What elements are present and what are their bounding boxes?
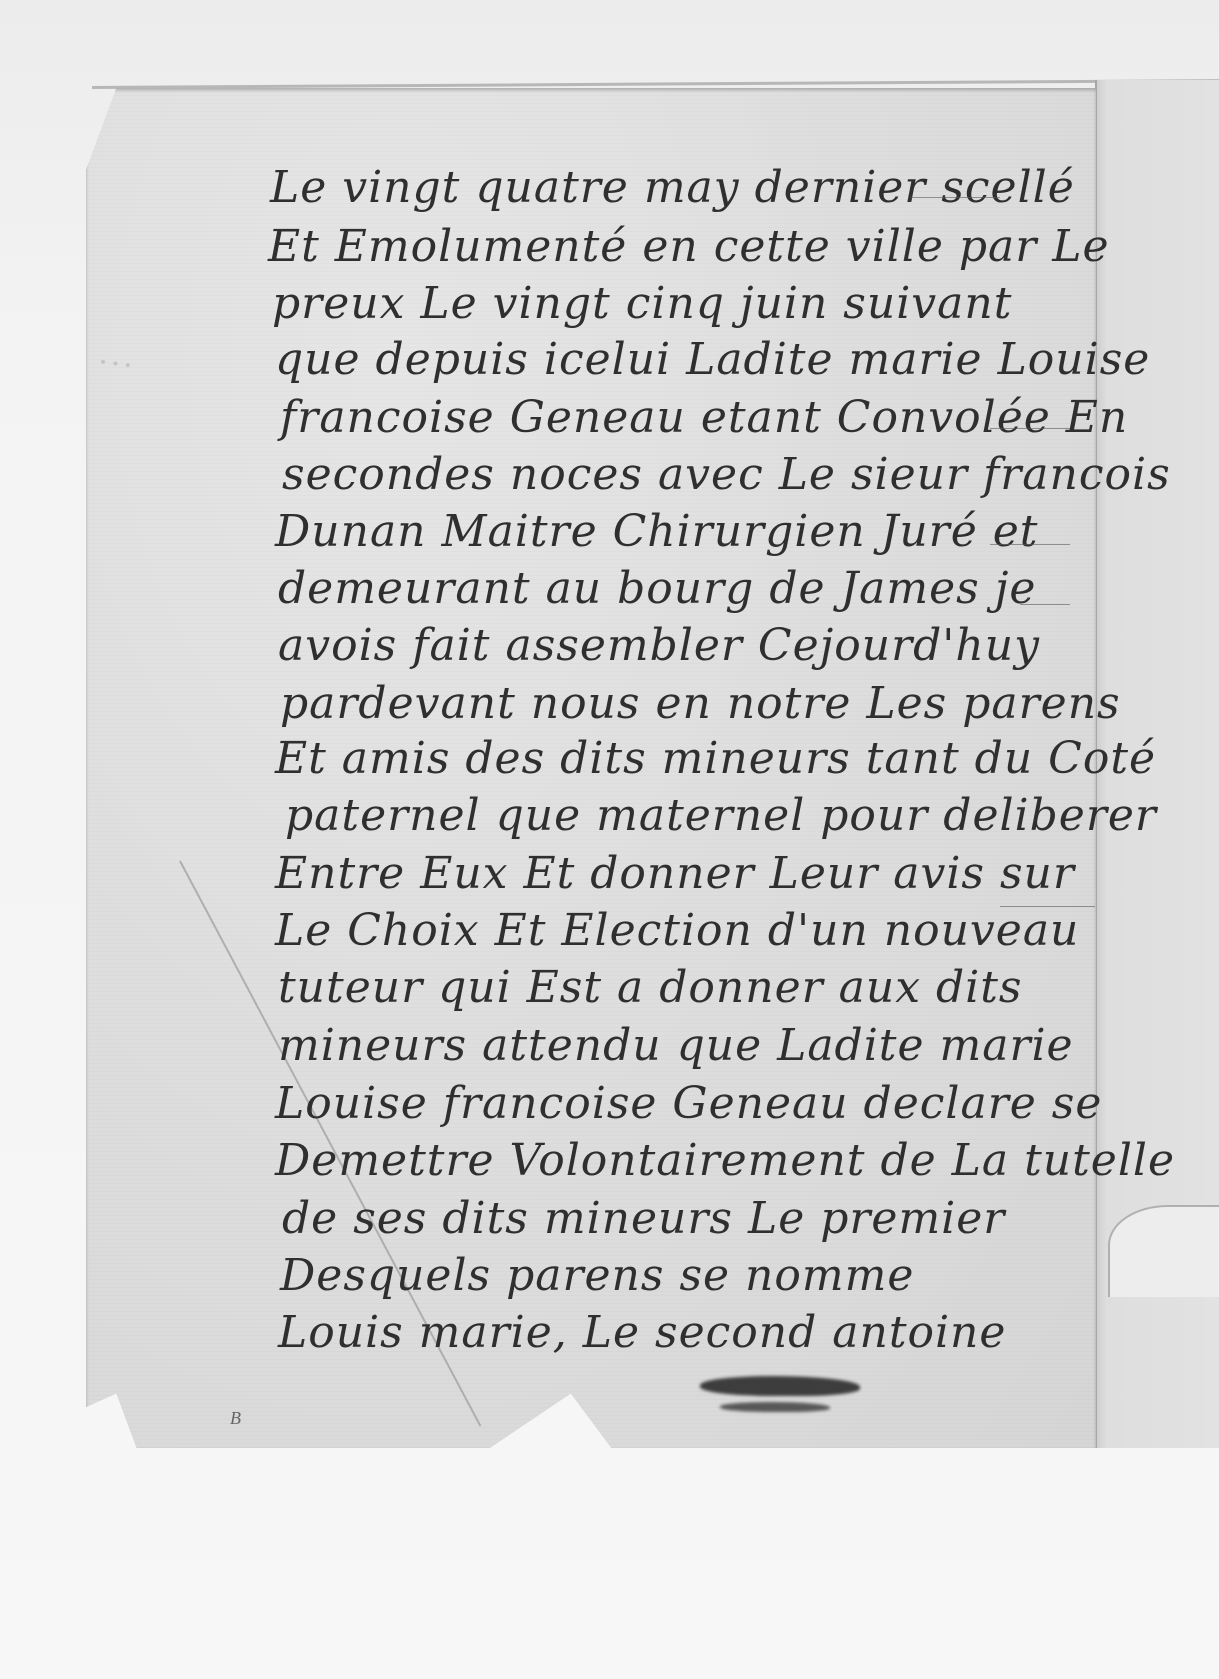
text-line-16: mineurs attendu que Ladite marie — [278, 1020, 1074, 1071]
text-line-2: Et Emolumenté en cette ville par Le — [268, 221, 1110, 272]
text-line-14: Le Choix Et Election d'un nouveau — [275, 905, 1079, 956]
text-line-6: secondes noces avec Le sieur francois — [282, 449, 1171, 500]
line-filler — [910, 197, 1000, 198]
text-line-18: Demettre Volontairement de La tutelle — [275, 1135, 1175, 1186]
text-line-1: Le vingt quatre may dernier scellé — [270, 162, 1075, 213]
text-line-15: tuteur qui Est a donner aux dits — [278, 962, 1023, 1013]
text-line-3: preux Le vingt cinq juin suivant — [272, 278, 1012, 329]
text-line-19: de ses dits mineurs Le premier — [282, 1193, 1005, 1244]
text-line-11: Et amis des dits mineurs tant du Coté — [275, 733, 1156, 784]
text-line-20: Desquels parens se nomme — [280, 1250, 914, 1301]
text-line-13: Entre Eux Et donner Leur avis sur — [275, 848, 1075, 899]
line-filler — [1000, 906, 1095, 907]
scanned-page: ... Le vingt quatre may dernier scellé E… — [0, 0, 1219, 1679]
text-line-7: Dunan Maitre Chirurgien Juré et — [275, 506, 1038, 557]
text-line-17: Louise francoise Geneau declare se — [275, 1078, 1102, 1129]
text-line-21: Louis marie, Le second antoine — [278, 1307, 1006, 1358]
text-line-4: que depuis icelui Ladite marie Louise — [275, 334, 1150, 385]
torn-corner — [1108, 1205, 1219, 1297]
text-line-8: demeurant au bourg de James je — [278, 563, 1036, 614]
text-line-10: pardevant nous en notre Les parens — [280, 678, 1121, 729]
line-filler — [990, 544, 1070, 545]
line-filler — [1020, 604, 1070, 605]
ink-blot — [700, 1376, 860, 1396]
text-line-5: francoise Geneau etant Convolée En — [280, 392, 1128, 443]
text-line-12: paternel que maternel pour deliberer — [285, 790, 1157, 841]
text-line-9: avois fait assembler Cejourd'huy — [278, 620, 1040, 671]
line-filler — [990, 428, 1070, 429]
paper-top-edge — [92, 79, 1219, 89]
ink-blot — [720, 1402, 830, 1412]
corner-mark: B — [230, 1408, 241, 1429]
